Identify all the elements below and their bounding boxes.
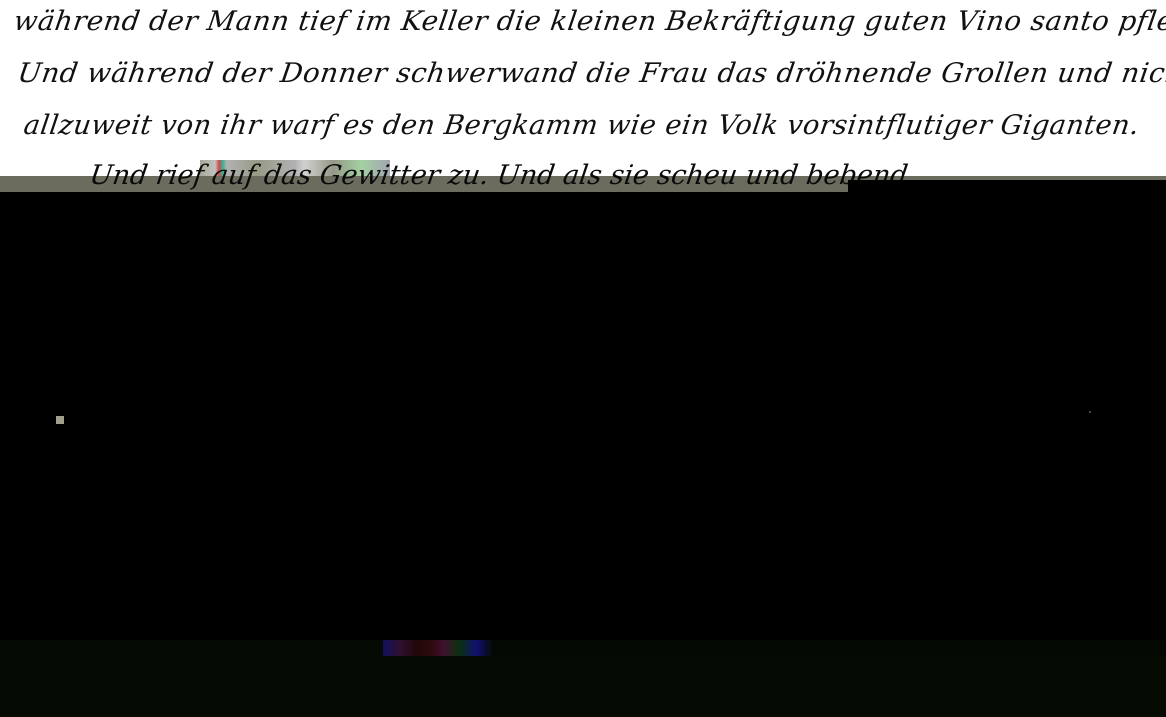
corrupted-black-region: [0, 192, 1166, 640]
bottom-strip-upper: [485, 640, 1166, 656]
handwritten-line-1: während der Mann tief im Keller die klei…: [12, 6, 1166, 37]
handwritten-line-3: allzuweit von ihr warf es den Bergkamm w…: [22, 110, 1142, 141]
handwritten-line-4-partial: Und rief auf das Gewitter zu. Und als si…: [88, 160, 946, 191]
handwritten-line-2: Und während der Donner schwerwand die Fr…: [16, 58, 1166, 89]
paper-region: während der Mann tief im Keller die klei…: [0, 0, 1166, 176]
pixel-artifact-dim: [1089, 411, 1091, 413]
pixel-artifact: [56, 416, 64, 424]
corruption-notch: [848, 180, 1166, 192]
document-scan: während der Mann tief im Keller die klei…: [0, 0, 1166, 717]
color-glitch-block: [383, 640, 493, 656]
